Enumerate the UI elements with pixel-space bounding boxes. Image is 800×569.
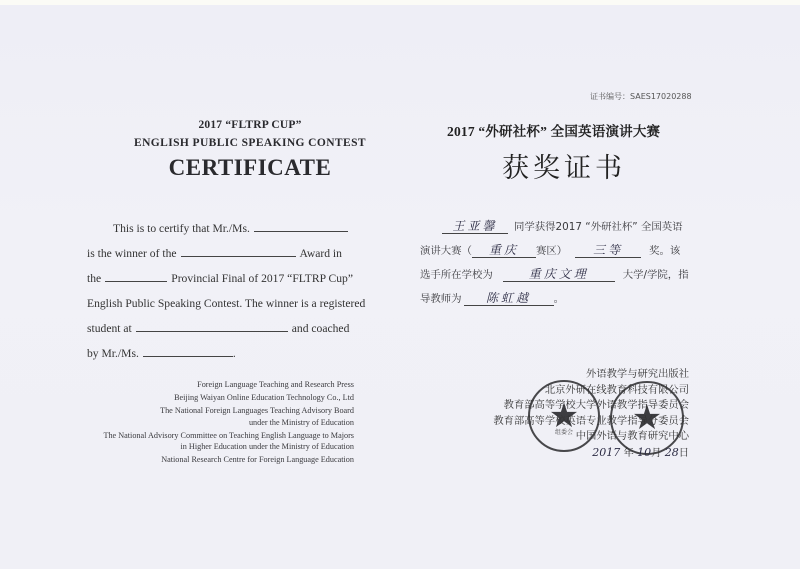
text: student at: [87, 316, 132, 341]
english-certificate-title: CERTIFICATE: [100, 155, 400, 181]
date-day: 28: [665, 446, 679, 459]
text: the: [87, 266, 101, 291]
chinese-row-coach: 导教师为 陈虹越 。: [420, 287, 700, 311]
english-row-contest: English Public Speaking Contest. The win…: [87, 291, 353, 316]
text: is the winner of the: [87, 241, 177, 266]
chinese-certificate-title: 获奖证书: [502, 146, 626, 185]
text: 同学获得2017 “外研社杯” 全国英语: [514, 215, 683, 239]
org-fltrp: Foreign Language Teaching and Research P…: [80, 379, 354, 390]
english-row-coach: by Mr./Ms. .: [87, 341, 353, 366]
text: .: [233, 341, 236, 366]
date-month-unit: 月: [651, 447, 661, 459]
english-row-certify: This is to certify that Mr./Ms.: [87, 216, 353, 241]
winner-name-handwritten: 王亚馨: [442, 219, 508, 234]
name-blank: [254, 221, 348, 232]
region-handwritten: 重庆: [472, 243, 536, 258]
text: 演讲大赛（: [420, 239, 472, 263]
coach-handwritten: 陈虹越: [464, 291, 554, 306]
org-advisory-committee: The National Advisory Committee on Teach…: [80, 430, 354, 441]
text: 大学/学院，指: [623, 263, 689, 287]
org-advisory-board-cn: 教育部高等学校大学外语教学指导委员会: [470, 398, 689, 414]
award-blank: [181, 246, 296, 257]
english-header: 2017 “FLTRP CUP” ENGLISH PUBLIC SPEAKING…: [100, 118, 400, 181]
text: 。: [554, 287, 564, 311]
text: by Mr./Ms.: [87, 341, 139, 366]
text: 赛区）: [536, 239, 567, 263]
org-advisory-board-cont: under the Ministry of Education: [80, 417, 354, 428]
english-header-year-cup: 2017 “FLTRP CUP”: [100, 118, 400, 132]
english-row-student: student at and coached: [87, 316, 353, 341]
coach-blank: [143, 346, 233, 357]
text: 导教师为: [420, 287, 462, 311]
org-fltrp-cn: 外语教学与研究出版社: [470, 367, 689, 383]
date-day-unit: 日: [679, 447, 689, 459]
org-research-centre: National Research Centre for Foreign Lan…: [80, 454, 354, 465]
org-waiyan-online-cn: 北京外研在线教育科技有限公司: [470, 383, 689, 399]
english-row-winner: is the winner of the Award in: [87, 241, 353, 266]
chinese-contest-title: 2017 “外研社杯” 全国英语演讲大赛: [447, 120, 660, 140]
org-waiyan-online: Beijing Waiyan Online Education Technolo…: [80, 392, 354, 403]
text: This is to certify that Mr./Ms.: [113, 216, 250, 241]
date-year-unit: 年: [624, 447, 634, 459]
date-month: 10: [637, 446, 651, 459]
chinese-row-region: 演讲大赛（ 重庆 赛区） 三等 奖。该: [420, 239, 700, 263]
text: Award in: [300, 241, 342, 266]
date-year: 2017: [592, 446, 620, 459]
chinese-row-winner: 王亚馨 同学获得2017 “外研社杯” 全国英语: [420, 215, 700, 239]
text: Provincial Final of 2017 “FLTRP Cup”: [171, 266, 353, 291]
province-blank: [105, 271, 167, 282]
chinese-row-school: 选手所在学校为 重庆文理 大学/学院，指: [420, 263, 700, 287]
chinese-organizations: 外语教学与研究出版社 北京外研在线教育科技有限公司 教育部高等学校大学外语教学指…: [470, 367, 689, 461]
chinese-body: 王亚馨 同学获得2017 “外研社杯” 全国英语 演讲大赛（ 重庆 赛区） 三等…: [420, 215, 700, 311]
org-advisory-committee-cn: 教育部高等学校英语专业教学指导分委员会: [470, 414, 689, 430]
text: and coached: [292, 316, 350, 341]
school-handwritten: 重庆文理: [503, 267, 615, 282]
text: English Public Speaking Contest. The win…: [87, 291, 365, 316]
english-body: This is to certify that Mr./Ms. is the w…: [87, 216, 353, 366]
english-organizations: Foreign Language Teaching and Research P…: [80, 379, 354, 465]
org-advisory-committee-cont: in Higher Education under the Ministry o…: [80, 441, 354, 452]
english-row-provincial: the Provincial Final of 2017 “FLTRP Cup”: [87, 266, 353, 291]
english-header-contest: ENGLISH PUBLIC SPEAKING CONTEST: [100, 134, 400, 152]
org-advisory-board: The National Foreign Languages Teaching …: [80, 405, 354, 416]
org-research-centre-cn: 中国外语与教育研究中心: [470, 429, 689, 445]
text: 奖。该: [649, 239, 680, 263]
issue-date: 2017 年 10月 28日: [470, 445, 689, 462]
certificate-number: 证书编号：SAES17020288: [590, 91, 692, 102]
school-blank: [136, 321, 288, 332]
text: 选手所在学校为: [420, 263, 493, 287]
prize-handwritten: 三等: [575, 243, 641, 258]
